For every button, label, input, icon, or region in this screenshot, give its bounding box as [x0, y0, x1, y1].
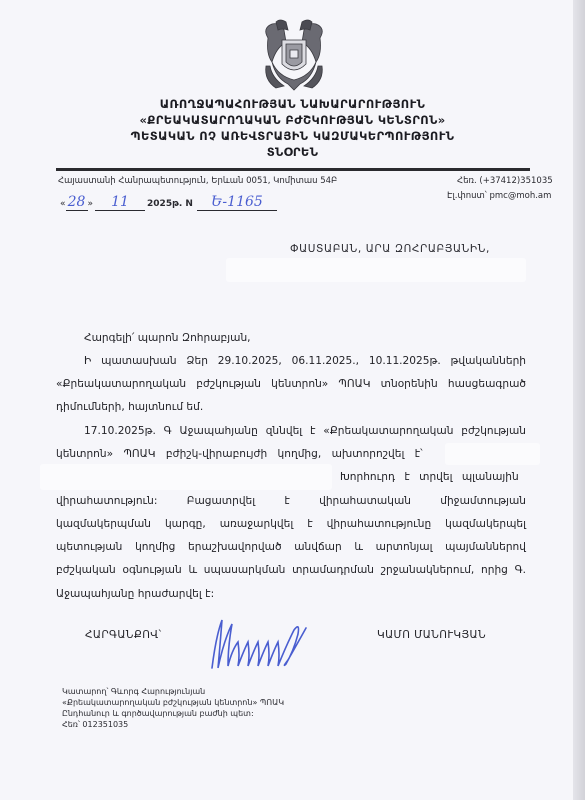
letterhead-address: Հայաստանի Հանրապետություն, Երևան 0051, Կ… [58, 176, 337, 186]
paragraph-2-line: Խորհուրդ է տրվել պլանային [340, 470, 526, 484]
reference-number: Ե-1165 [197, 194, 277, 211]
letterhead-email: Էլ.փոստ՝ pmc@moh.am [447, 191, 551, 201]
signatory-name: ԿԱՄՈ ՄԱՆՈՒԿՅԱՆ [377, 629, 486, 641]
letterhead-ministry: ԱՌՈՂՋԱՊԱՀՈՒԹՅԱՆ ՆԱԽԱՐԱՐՈՒԹՅՈՒՆ [0, 97, 585, 111]
salutation: Հարգելի՛ պարոն Զոհրաբյան, [84, 331, 526, 345]
paragraph-2-line: կենտրոն» ՊՈԱԿ բժիշկ-վիրաբույժի կողմից, ա… [56, 447, 356, 461]
executor-position: Ընդհանուր և գործավարության բաժնի պետ: [62, 708, 284, 719]
reference-day: 28 [66, 194, 88, 211]
reference-line: «28»112025թ. NԵ-1165 [60, 194, 277, 211]
letterhead-center: «ՔՐԵԱԿԱՏԱՐՈՂԱԿԱՆ ԲԺՇԿՈՒԹՅԱՆ ԿԵՆՏՐՈՆ» [0, 113, 585, 127]
paragraph-1-line: դիմումների, հայտնում եմ. [56, 400, 526, 414]
executor-name: Կատարող՝ Գևորգ Հարությունյան [62, 686, 284, 697]
reference-year: 2025թ. N [147, 199, 193, 209]
redacted-block [40, 464, 332, 490]
letterhead-divider [56, 168, 530, 171]
paragraph-1-line: «Քրեակատարողական բժշկության կենտրոն» ՊՈԱ… [56, 377, 526, 391]
executor-organization: «Քրեակատարողական բժշկության կենտրոն» ՊՈԱ… [62, 697, 284, 708]
letterhead-organization: ՊԵՏԱԿԱՆ ՈՉ ԱՌԵՎՏՐԱՅԻՆ ԿԱԶՄԱԿԵՐՊՈՒԹՅՈՒՆ [0, 129, 585, 143]
letterhead-title: ՏՆՕՐԵՆ [0, 145, 585, 159]
redacted-block [226, 258, 526, 282]
executor-info: Կատարող՝ Գևորգ Հարությունյան «Քրեակատարո… [62, 686, 284, 730]
document-page: ԱՌՈՂՋԱՊԱՀՈՒԹՅԱՆ ՆԱԽԱՐԱՐՈՒԹՅՈՒՆ «ՔՐԵԱԿԱՏԱ… [0, 0, 573, 800]
executor-phone: Հեռ՝ 012351035 [62, 719, 284, 730]
paragraph-1-line: Ի պատասխան Ձեր 29.10.2025, 06.11.2025., … [84, 354, 526, 368]
letterhead-phone: Հեռ. (+37412)351035 [457, 176, 553, 186]
paragraph-2-line: 17.10.2025թ. Գ Աջապահյանը զննվել է «Քրեա… [84, 424, 526, 438]
closing-text: ՀԱՐԳԱՆՔՈՎ՝ [85, 629, 162, 641]
redacted-block [445, 443, 540, 465]
coat-of-arms-icon [258, 18, 330, 92]
paragraph-2-line: բժշկական օգնության և սպասարկման տրամադրմ… [56, 563, 526, 577]
signature-icon [206, 616, 316, 672]
paragraph-2-line: պետության կողմից երաշխավորված անվճար և ա… [56, 540, 526, 554]
addressee-name: ՓԱՍՏԱԲԱՆ, ԱՐԱ ԶՈՀՐԱԲՅԱՆԻՆ, [290, 243, 490, 255]
scan-edge-shadow [573, 0, 585, 800]
paragraph-2-line: Աջապահյանը հրաժարվել է: [56, 587, 526, 601]
reference-month: 11 [95, 194, 145, 211]
quote-close: » [88, 199, 94, 209]
paragraph-2-line: կազմակերպման կարգը, առաջարկվել է վիրահատ… [56, 517, 526, 531]
paragraph-2-line: վիրահատություն: Բացատրվել է վիրահատական … [56, 494, 526, 508]
